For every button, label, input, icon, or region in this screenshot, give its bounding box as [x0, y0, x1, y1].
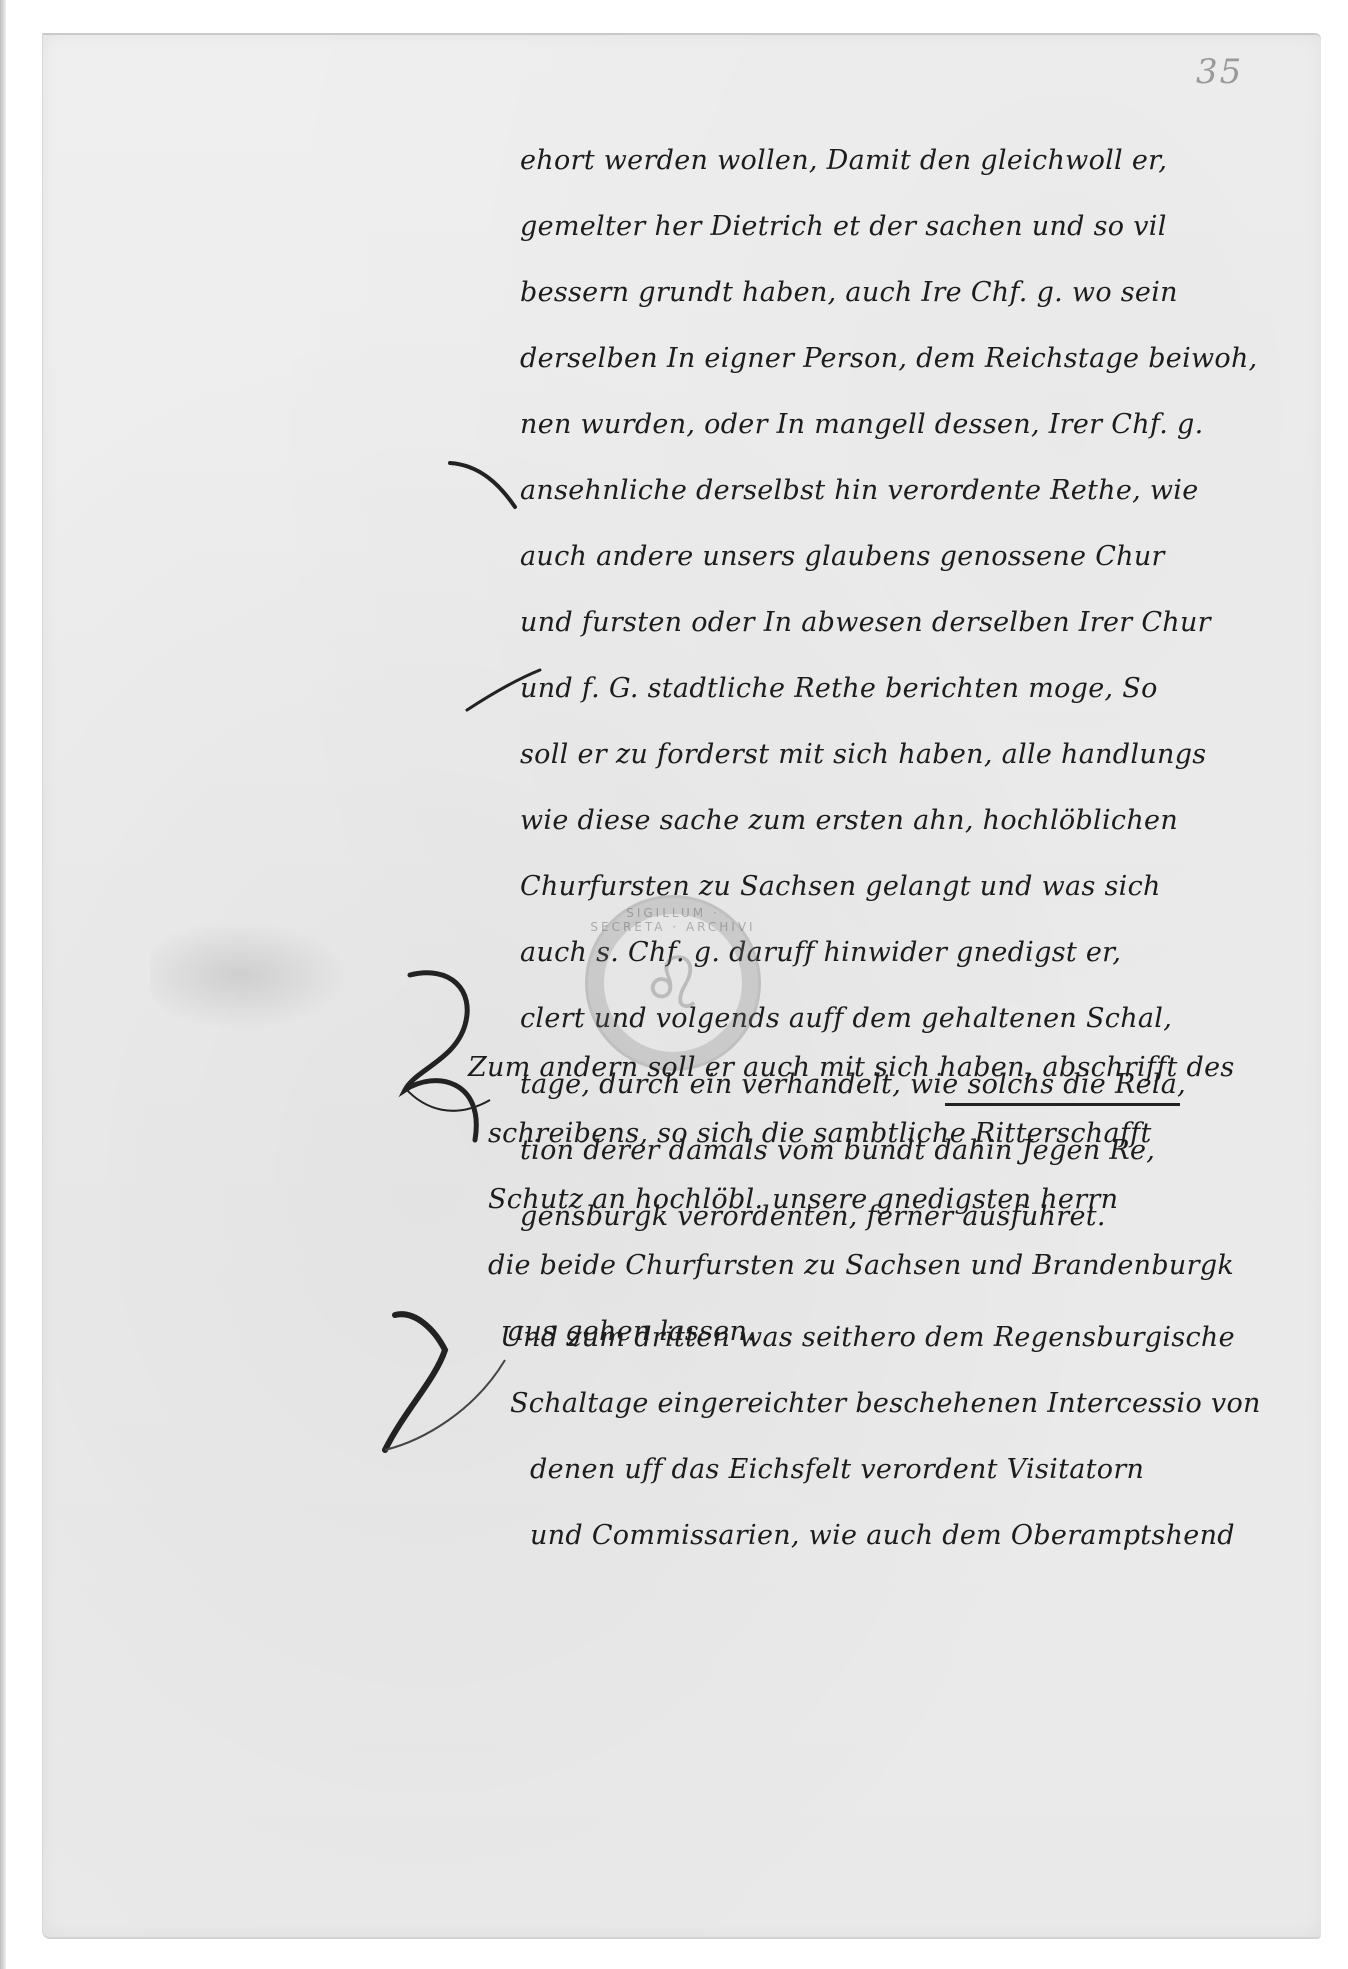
- strikethrough-mark: [945, 1103, 1180, 1106]
- manuscript-line: und Commissarien, wie auch dem Oberampts…: [470, 1503, 1290, 1569]
- scan-edge: [0, 0, 6, 1969]
- manuscript-line: und f. G. stadtliche Rethe berichten mog…: [520, 656, 1280, 722]
- manuscript-line: Und zum dritten was seithero dem Regensb…: [470, 1305, 1290, 1371]
- manuscript-line: soll er zu forderst mit sich haben, alle…: [520, 722, 1280, 788]
- stamp-legend: SIGILLUM · SECRETA · ARCHIVI: [588, 906, 758, 934]
- manuscript-line: ansehnliche derselbst hin verordente Ret…: [520, 458, 1280, 524]
- manuscript-line: gemelter her Dietrich et der sachen und …: [520, 194, 1280, 260]
- manuscript-line: auch andere unsers glaubens genossene Ch…: [520, 524, 1280, 590]
- manuscript-line: und fursten oder In abwesen derselben Ir…: [520, 590, 1280, 656]
- manuscript-line: bessern grundt haben, auch Ire Chf. g. w…: [520, 260, 1280, 326]
- manuscript-line: die beide Churfursten zu Sachsen und Bra…: [468, 1233, 1288, 1299]
- flourish-initial-icon: [440, 455, 530, 515]
- flourish-stroke-icon: [465, 665, 545, 715]
- manuscript-line: Zum andern soll er auch mit sich haben, …: [468, 1035, 1288, 1101]
- lion-emblem-icon: ♌: [641, 941, 706, 1025]
- manuscript-line: derselben In eigner Person, dem Reichsta…: [520, 326, 1280, 392]
- manuscript-text: schreibens, so sich die sambtliche Ritte…: [488, 1118, 1152, 1149]
- page-number: 35: [1196, 52, 1243, 92]
- manuscript-line: Schaltage eingereichter beschehenen Inte…: [470, 1371, 1290, 1437]
- manuscript-line: denen uff das Eichsfelt verordent Visita…: [470, 1437, 1290, 1503]
- manuscript-line: Schutz an hochlöbl. unsere gnedigsten he…: [468, 1167, 1288, 1233]
- manuscript-line: wie diese sache zum ersten ahn, hochlöbl…: [520, 788, 1280, 854]
- manuscript-line: ehort werden wollen, Damit den gleichwol…: [520, 128, 1280, 194]
- manuscript-line: nen wurden, oder In mangell dessen, Irer…: [520, 392, 1280, 458]
- manuscript-line: schreibens, so sich die sambtliche Ritte…: [468, 1101, 1288, 1167]
- third-paragraph: Und zum dritten was seithero dem Regensb…: [470, 1305, 1290, 1569]
